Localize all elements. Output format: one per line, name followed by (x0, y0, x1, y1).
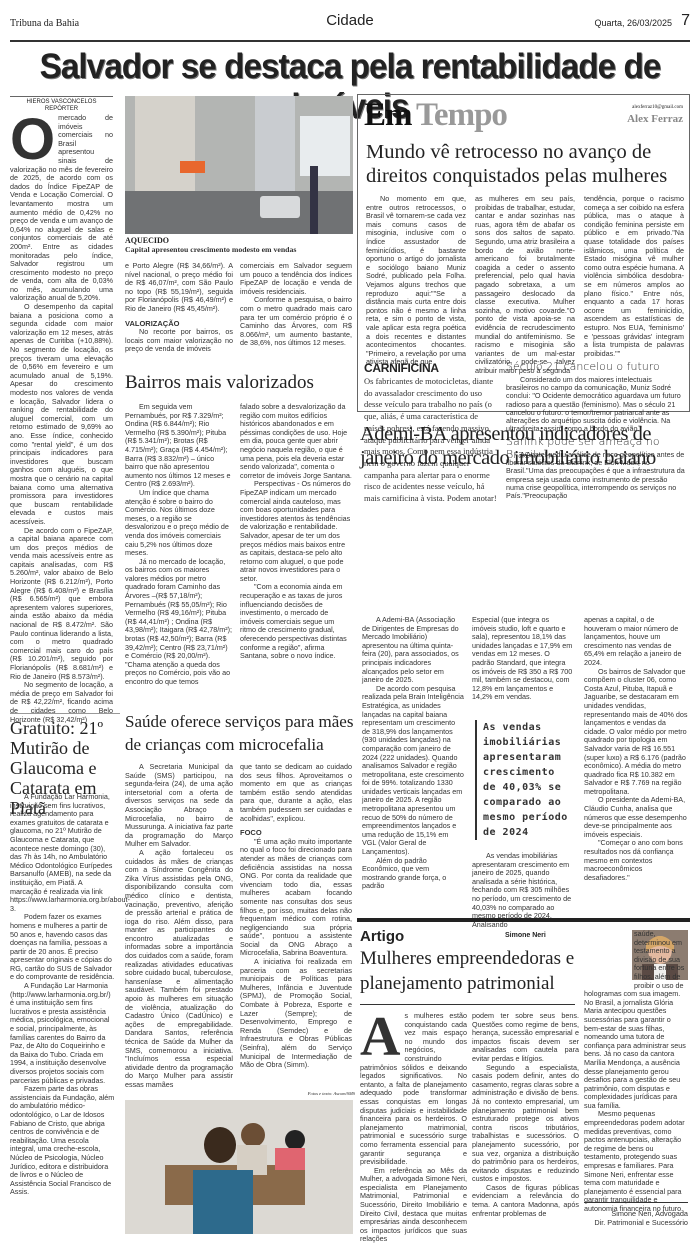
paragraph: e Porto Alegre (R$ 34,66/m²). A nível na… (125, 262, 233, 314)
ademi-column-1: A Ademi-BA (Associação de Dirigentes de … (362, 616, 464, 891)
main-story-column-1: O mercado de imóveis comerciais no Brasi… (10, 114, 113, 724)
em-tempo-column-box: Em Tempo alexferraz10@gmail.com Alex Fer… (357, 94, 690, 412)
paragraph: A iniciativa foi realizada em parceria c… (240, 958, 352, 1070)
caption-subtitle: Capital apresentou crescimento modesto e… (125, 245, 355, 254)
dropcap: O (10, 116, 55, 164)
gratuito-body: A Fundação Lar Harmonia, instituição sem… (10, 793, 115, 1197)
paragraph: Casos de figuras públicas evidenciam a r… (472, 1184, 579, 1218)
pull-quote: As vendas imobiliárias apresentaram cres… (475, 720, 574, 840)
paragraph: comerciais em Salvador seguem um pouco a… (240, 262, 352, 296)
paragraph: Em referência ao Mês da Mulher, a advoga… (360, 1167, 467, 1244)
paragraph: A Secretaria Municipal da Saúde (SMS) pa… (125, 763, 233, 849)
ademi-column-3: apenas a capital, o de houveram o maior … (584, 616, 688, 882)
section-name: Cidade (10, 12, 690, 29)
caption-title: AQUECIDO (125, 236, 355, 245)
paragraph: Já no mercado de locação, os bairros com… (125, 558, 233, 687)
paragraph: A Ademi-BA (Associação de Dirigentes de … (362, 616, 464, 685)
paragraph: Mesmo pequenas empreendedoras podem adot… (584, 1110, 688, 1213)
bairros-column-1: Em seguida vem Pernambués, por R$ 7.329/… (125, 403, 233, 687)
paragraph: Além do padrão Econômico, que vem mostra… (362, 857, 464, 891)
paragraph: O presidente da Ademi-BA, Cláudio Cunha,… (584, 796, 688, 839)
ademi-title: Ademi-BA apresentou indicadores de janei… (360, 422, 690, 470)
paragraph: A Fundação Lar Harmonia (http://www.larh… (10, 982, 115, 1085)
photo-caption: AQUECIDO Capital apresentou crescimento … (125, 236, 355, 254)
em-tempo-column-2: as mulheres em seu país, proibidas de tr… (475, 195, 575, 375)
author-name: Alex Ferraz (627, 113, 683, 125)
artigo-label: Artigo (360, 928, 404, 945)
paragraph: De acordo com pesquisa realizada pela Br… (362, 685, 464, 857)
paragraph: Fazem parte das obras assistenciais da F… (10, 1085, 115, 1197)
issue-date: Quarta, 26/03/2025 (594, 18, 672, 28)
bairros-title: Bairros mais valorizados (125, 372, 314, 394)
paragraph: Especial (que integra os imóveis studio,… (472, 616, 574, 702)
signature-line-2: Dir. Patrimonial e Sucessório (584, 1218, 688, 1227)
saude-title: Saúde oferece serviços para mães de cria… (125, 710, 355, 756)
em-tempo-column-1: No momento em que, entre outros retroces… (366, 195, 466, 367)
paragraph: Perspectivas - Os números do FipeZAP ind… (240, 480, 352, 583)
em-tempo-title: Mundo vê retrocesso no avanço de direito… (366, 140, 686, 188)
street-photo (125, 96, 353, 234)
paragraph: tendência, porque o racismo começa a ser… (584, 195, 684, 358)
main-story-column-2: e Porto Alegre (R$ 34,66/m²). A nível na… (125, 262, 233, 354)
paragraph: De acordo com o FipeZAP, a capital baian… (10, 527, 113, 682)
paragraph: Um índice que chama atenção é sobre o ba… (125, 489, 233, 558)
paragraph: "Com a economia ainda em recuperação e a… (240, 583, 352, 660)
paragraph: Em seguida vem Pernambués, por R$ 7.329/… (125, 403, 233, 489)
paragraph: Os bairros de Salvador que compõem o clu… (584, 668, 688, 797)
page-number: 7 (681, 12, 690, 30)
dropcap: A (360, 1014, 400, 1060)
saude-column-2: que tanto se dedicam ao cuidado dos seus… (240, 763, 352, 1070)
title-rule (360, 1004, 575, 1005)
meeting-photo-image (125, 1100, 353, 1234)
paragraph: podem ter sobre seus bens. Questões como… (472, 1012, 579, 1064)
logo-tempo: Tempo (416, 97, 507, 133)
bairros-column-2: falado sobre a desvalorização da região … (240, 403, 352, 661)
saude-column-1: A Secretaria Municipal da Saúde (SMS) pa… (125, 763, 233, 1090)
main-story-column-3: comerciais em Salvador seguem um pouco a… (240, 262, 352, 348)
seculo-title: Século 21 cancelou o futuro (506, 360, 660, 373)
paragraph: "É uma ação muito importante no qual o f… (240, 838, 352, 958)
logo-em: Em (364, 97, 412, 133)
paragraph: Podem fazer os exames homens e mulheres … (10, 913, 115, 982)
carnificina-title: CARNIFICINA (364, 361, 439, 375)
spacer (584, 930, 632, 982)
paragraph: A Fundação Lar Harmonia, instituição sem… (10, 793, 115, 913)
author-email: alexferraz10@gmail.com (632, 105, 683, 110)
paragraph: "Começar o ano com bons resultados nos d… (584, 839, 688, 882)
em-tempo-column-3: tendência, porque o racismo começa a ser… (584, 195, 684, 358)
paragraph: falado sobre a desvalorização da região … (240, 403, 352, 480)
saude-photo (125, 1100, 353, 1234)
page-header: Tribuna da Bahia Cidade Quarta, 26/03/20… (10, 0, 690, 42)
byline-name: HIEROS VASCONCELOS (10, 99, 113, 106)
paragraph: No momento em que, entre outros retroces… (366, 195, 466, 367)
paragraph: as mulheres em seu país, proibidas de tr… (475, 195, 575, 375)
paragraph: saúde, determinou em testamento a divisã… (584, 930, 688, 1110)
artigo-author-tag: Simone Neri (505, 932, 546, 939)
signature-line-1: Simone Neri, Advogada (584, 1209, 688, 1218)
paragraph: Conforme a pesquisa, o bairro com o metr… (240, 296, 352, 348)
paragraph: No recorte por bairros, os locais com ma… (125, 328, 233, 354)
artigo-column-2: podem ter sobre seus bens. Questões como… (472, 1012, 579, 1218)
signature-rule (584, 1202, 688, 1203)
paragraph: Segundo a especialista, casais podem def… (472, 1064, 579, 1184)
street-scene-image (125, 96, 353, 234)
saude-photo-credit: Fotos e texto: Ascom/SMS (270, 1091, 355, 1096)
paragraph: A ação fortaleceu os cuidados às mães de… (125, 849, 233, 1090)
paragraph: apenas a capital, o de houveram o maior … (584, 616, 688, 668)
paragraph: O desempenho da capital baiana a posicio… (10, 303, 113, 526)
artigo-title: Mulheres empreendedoras e planejamento p… (360, 946, 575, 996)
em-tempo-logo: Em Tempo (364, 97, 507, 134)
signature: Simone Neri, Advogada Dir. Patrimonial e… (584, 1209, 688, 1227)
paragraph: que tanto se dedicam ao cuidado dos seus… (240, 763, 352, 823)
artigo-column-1: A s mulheres estão conquistando cada vez… (360, 1012, 467, 1244)
artigo-column-3: saúde, determinou em testamento a divisã… (584, 930, 688, 1214)
artigo-divider (357, 918, 690, 922)
ademi-column-2: Especial (que integra os imóveis studio,… (472, 616, 574, 929)
